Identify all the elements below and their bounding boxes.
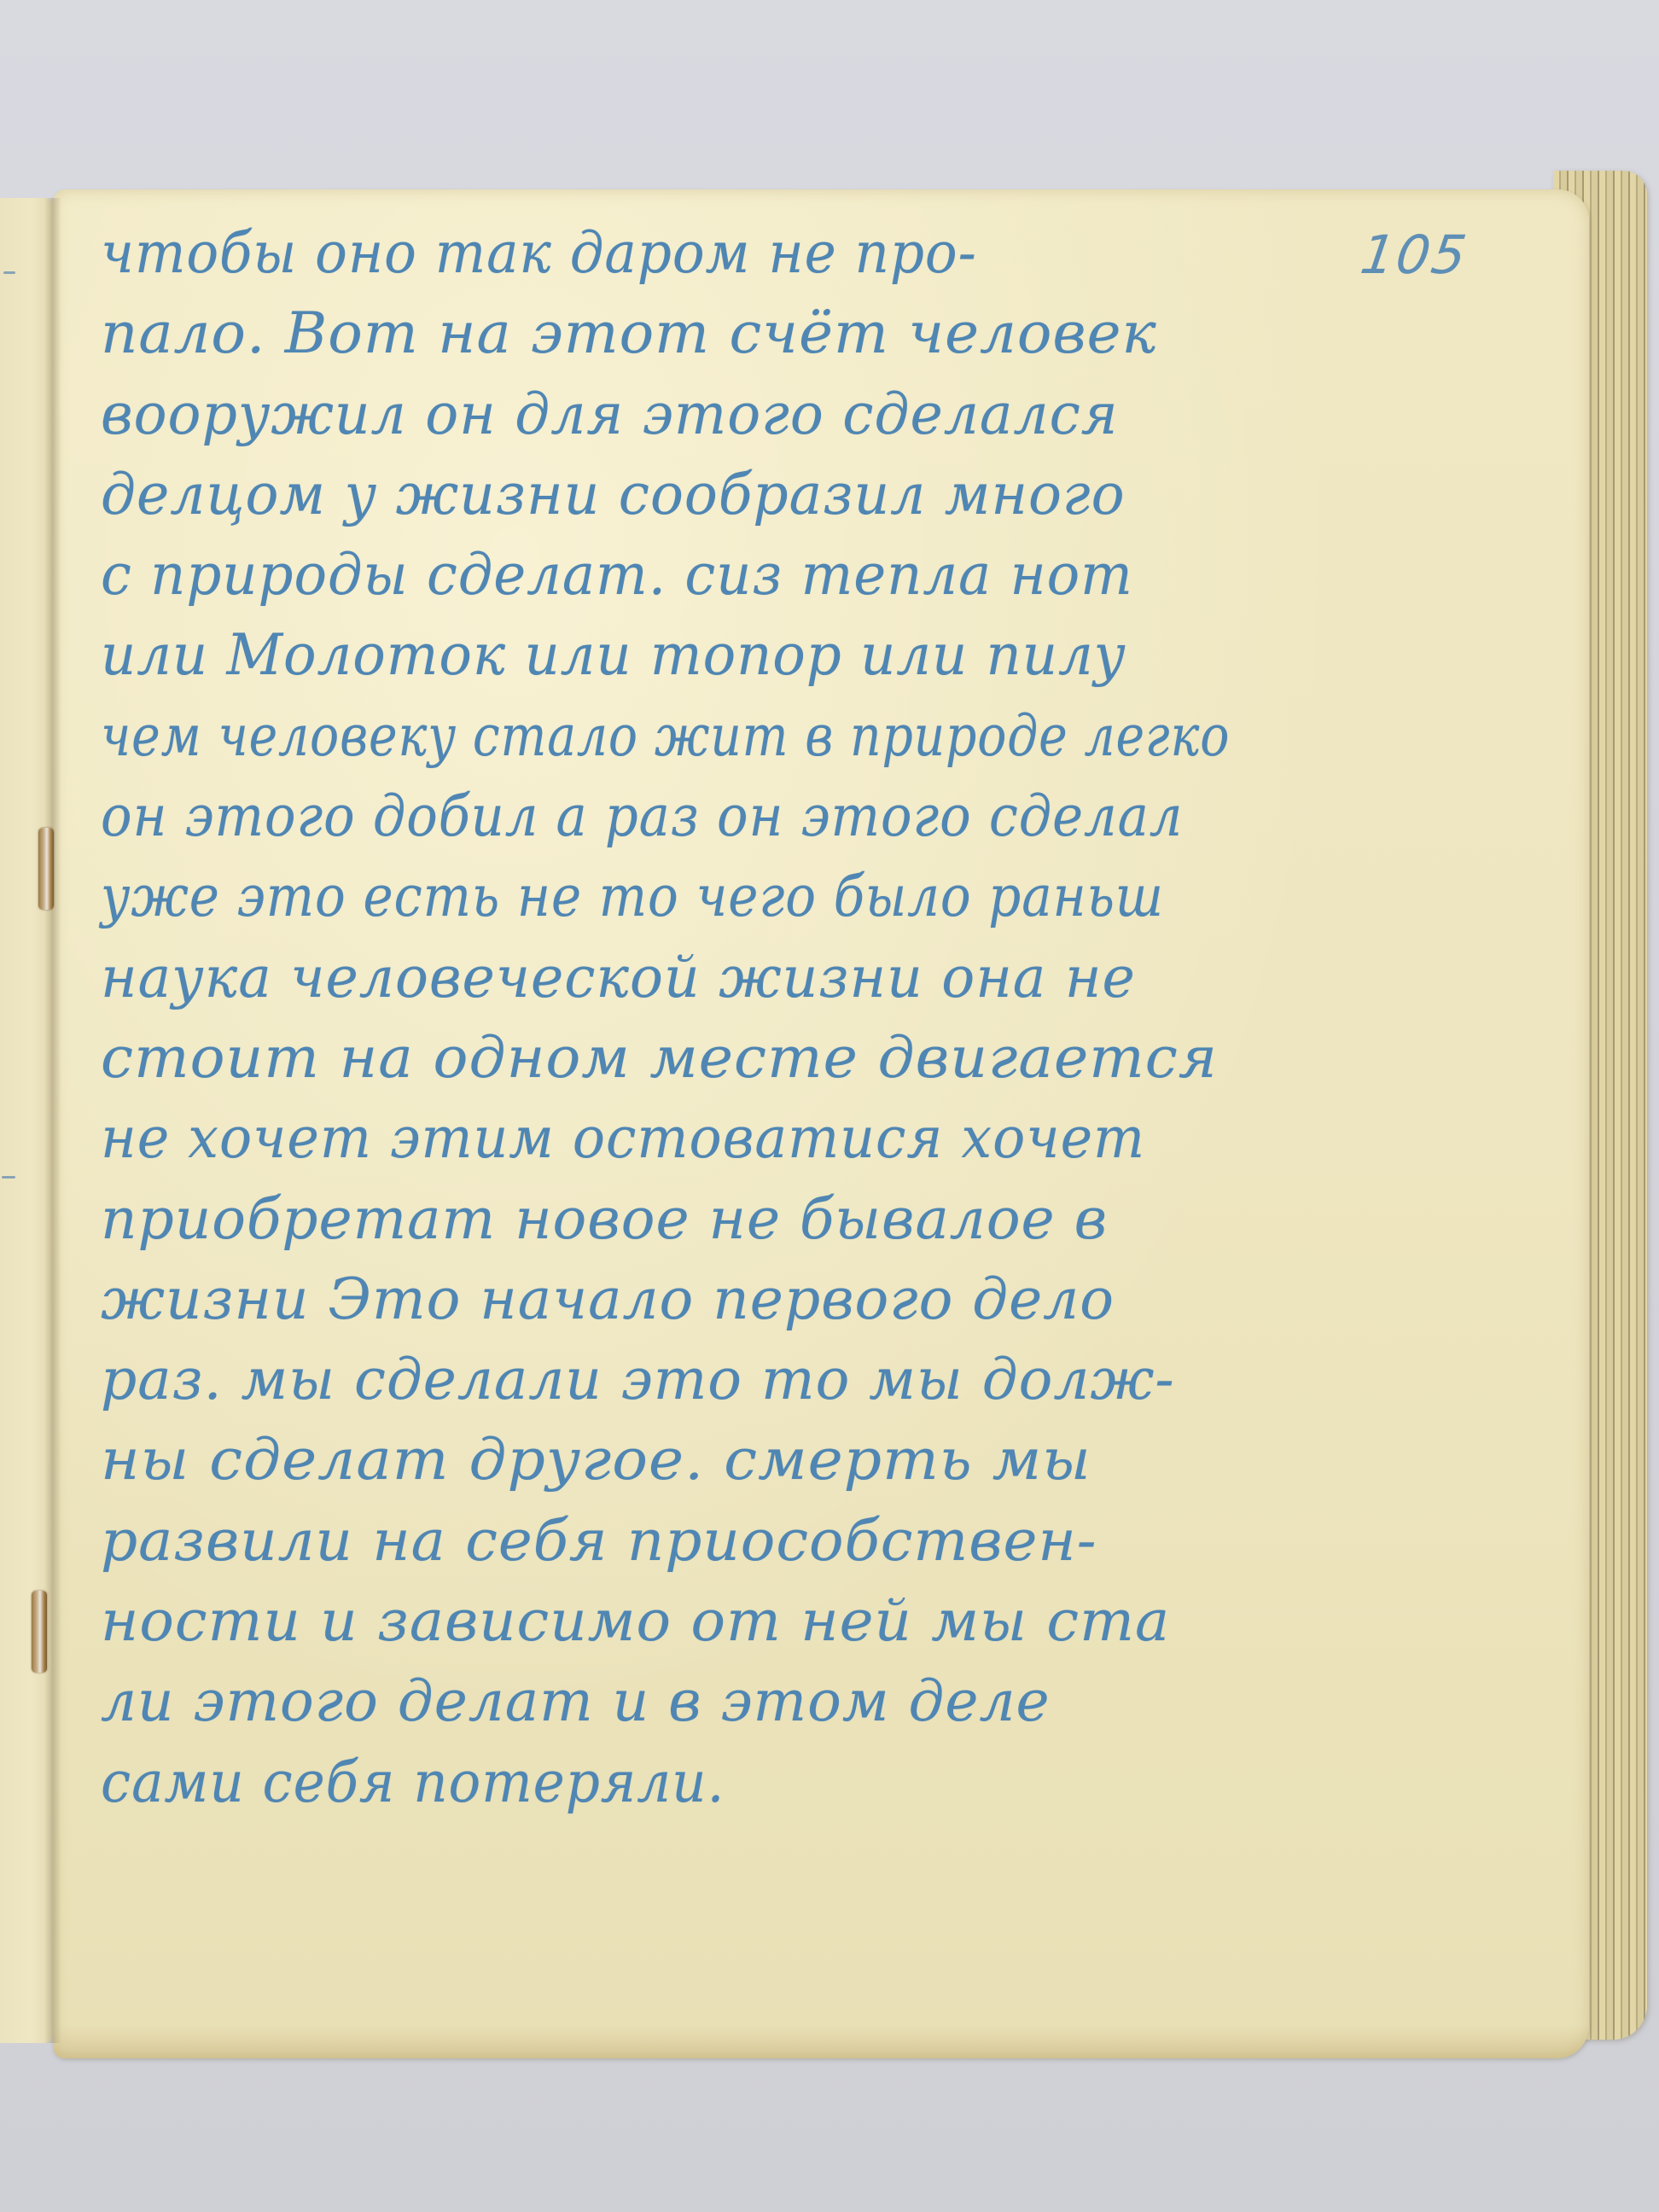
text-line: ли этого делат и в этом деле	[101, 1662, 1551, 1742]
text-line: уже это есть не то чего было раньш	[101, 857, 1406, 937]
handwritten-text: чтобы оно так даром не про- пало. Вот на…	[101, 213, 1551, 1823]
text-line: или Молоток или топор или пилу	[101, 615, 1508, 696]
text-line: не хочет этим остоватися хочет	[101, 1098, 1493, 1179]
previous-page-ink-mark	[3, 271, 15, 274]
text-line: вооружил он для этого сделался	[101, 375, 1522, 455]
text-line: чтобы оно так даром не про-	[101, 213, 1479, 294]
text-line: сами себя потеряли.	[101, 1743, 1479, 1823]
text-line: делцом у жизни сообразил много	[101, 455, 1522, 535]
staple-icon	[32, 1591, 47, 1673]
text-line: пало. Вот на этот счёт человек	[101, 294, 1580, 374]
previous-page-ink-mark	[2, 1176, 15, 1179]
staple-icon	[38, 828, 54, 910]
page-edge-stain	[53, 2024, 1589, 2058]
text-line: ны сделат другое. смерть мы	[101, 1420, 1624, 1500]
text-line: приобретат новое не бывалое в	[101, 1179, 1551, 1260]
text-line: жизни Это начало первого дело	[101, 1260, 1551, 1340]
text-line: он этого добил а раз он этого сделал	[101, 777, 1435, 857]
text-line: ности и зависимо от ней мы ста	[101, 1581, 1580, 1662]
text-line: с природы сделат. сиз тепла нот	[101, 535, 1508, 615]
text-line: развили на себя приособствен-	[101, 1501, 1580, 1581]
binding-gutter	[44, 198, 61, 2043]
text-line: раз. мы сделали это то мы долж-	[101, 1340, 1551, 1420]
text-line: наука человеческой жизни она не	[101, 938, 1522, 1018]
text-line: стоит на одном месте двигается	[101, 1018, 1595, 1098]
text-line: чем человеку стало жит в природе легко	[101, 696, 1348, 777]
